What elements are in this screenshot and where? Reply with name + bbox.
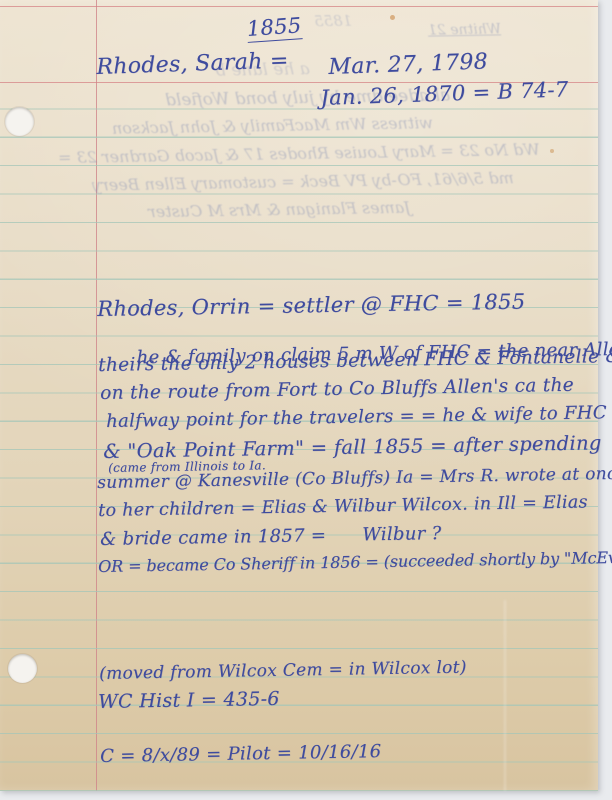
bleedthrough-ghost-year: 1855: [314, 12, 352, 31]
page-year-heading: 1855: [246, 13, 302, 43]
bleedthrough-corner-text: Whitne 21: [428, 21, 501, 38]
scanned-notebook-page: Whitne 21 1855 a he lane b al adee dme b…: [0, 0, 612, 800]
punch-hole-bottom: [8, 654, 37, 683]
red-header-rule-top: [0, 6, 598, 7]
sarah-entry-birth-date: Mar. 27, 1798: [328, 49, 488, 80]
ledger-paper: Whitne 21 1855 a he lane b al adee dme b…: [0, 0, 598, 791]
paper-crease: [504, 600, 506, 791]
paper-stain: [390, 15, 395, 20]
paper-stain: [550, 149, 554, 153]
punch-hole-top: [5, 107, 34, 136]
history-reference: WC Hist I = 435-6: [98, 688, 280, 713]
